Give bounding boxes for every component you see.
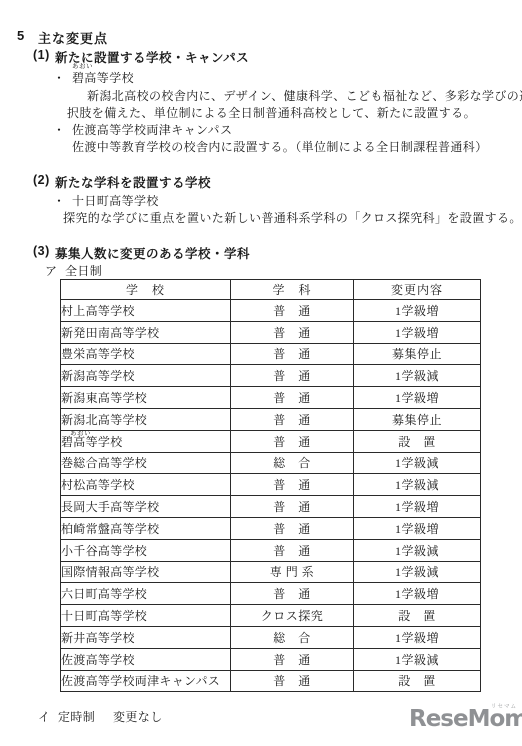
change-cell: 1学級減 — [354, 452, 481, 474]
dept-cell: 普 通 — [231, 670, 354, 692]
dept-cell: 普 通 — [231, 408, 354, 430]
subsection-a-title: 全日制 — [65, 262, 102, 279]
resemom-logo: リセマム ReseMom. — [409, 700, 521, 742]
dept-cell: 普 通 — [231, 517, 354, 539]
subsection-b-note: 変更なし — [113, 708, 163, 725]
table-row: 豊栄高等学校 普 通 募集停止 — [61, 343, 481, 365]
heading-title: 主な変更点 — [38, 28, 108, 47]
section1-item1-body-line2: 択肢を備えた、単位制による全日制普通科高校として、新たに設置する。 — [67, 104, 476, 121]
table-row: 新井高等学校 総 合 1学級増 — [61, 626, 481, 648]
school-cell: 新発田南高等学校 — [61, 321, 231, 343]
change-cell: 1学級減 — [354, 539, 481, 561]
table-row: 新潟高等学校 普 通 1学級減 — [61, 365, 481, 387]
school-name-tokamachi: 十日町高等学校 — [72, 192, 159, 209]
section1-label: (1) — [33, 48, 50, 62]
change-cell: 募集停止 — [354, 343, 481, 365]
bullet-icon: ・ — [53, 121, 65, 138]
change-cell: 1学級増 — [354, 387, 481, 409]
change-cell: 1学級減 — [354, 365, 481, 387]
dept-cell: 普 通 — [231, 321, 354, 343]
school-cell: あおい 碧高等学校 — [61, 430, 231, 452]
school-cell: 長岡大手高等学校 — [61, 496, 231, 518]
school-cell: 村上高等学校 — [61, 300, 231, 322]
school-cell: 村松高等学校 — [61, 474, 231, 496]
resemom-logo-text: ReseMom. — [409, 706, 522, 732]
table-row: 小千谷高等学校 普 通 1学級減 — [61, 539, 481, 561]
school-cell: 柏崎常盤高等学校 — [61, 517, 231, 539]
school-cell: 十日町高等学校 — [61, 605, 231, 627]
subsection-b-label: イ — [38, 708, 50, 725]
change-cell: 設 置 — [354, 430, 481, 452]
aoi-furigana: あおい — [70, 431, 91, 437]
school-cell: 佐渡高等学校両津キャンパス — [61, 670, 231, 692]
bullet-icon: ・ — [53, 192, 65, 209]
dept-cell: 普 通 — [231, 430, 354, 452]
dept-cell: 普 通 — [231, 365, 354, 387]
school-cell: 六日町高等学校 — [61, 583, 231, 605]
change-cell: 1学級減 — [354, 474, 481, 496]
table-row: 佐渡高等学校両津キャンパス 普 通 設 置 — [61, 670, 481, 692]
dept-cell: 普 通 — [231, 583, 354, 605]
table-row: 国際情報高等学校 専 門 系 1学級減 — [61, 561, 481, 583]
change-cell: 設 置 — [354, 605, 481, 627]
section3-title: 募集人数に変更のある学校・学科 — [55, 244, 250, 262]
subsection-b-title: 定時制 — [58, 708, 95, 725]
change-cell: 1学級増 — [354, 300, 481, 322]
school-name-sado-campus: 佐渡高等学校両津キャンパス — [72, 121, 232, 138]
table-row: 新潟東高等学校 普 通 1学級増 — [61, 387, 481, 409]
school-cell: 新潟東高等学校 — [61, 387, 231, 409]
header-school: 学 校 — [61, 280, 231, 300]
section1-item1-body-line1: 新潟北高校の校舎内に、デザイン、健康科学、こども福祉など、多彩な学びの選 — [87, 87, 522, 104]
table-row: 十日町高等学校 クロス探究 設 置 — [61, 605, 481, 627]
change-cell: 1学級減 — [354, 648, 481, 670]
change-cell: 1学級増 — [354, 496, 481, 518]
document-page: 5 主な変更点 (1) 新たに設置する学校・キャンパス あおい ・ 碧高等学校 … — [0, 0, 522, 746]
change-cell: 1学級増 — [354, 626, 481, 648]
change-cell: 募集停止 — [354, 408, 481, 430]
table-row: 村松高等学校 普 通 1学級減 — [61, 474, 481, 496]
section2-title: 新たな学科を設置する学校 — [55, 173, 211, 191]
dept-cell: 総 合 — [231, 452, 354, 474]
schedule-table: 学 校 学 科 変更内容 村上高等学校 普 通 1学級増 新発田南高等学校 普 … — [60, 279, 481, 692]
dept-cell: 普 通 — [231, 648, 354, 670]
section3-label: (3) — [33, 244, 50, 258]
school-name-aoi: 碧高等学校 — [72, 69, 134, 86]
change-cell: 1学級増 — [354, 517, 481, 539]
dept-cell: 普 通 — [231, 496, 354, 518]
dept-cell: 普 通 — [231, 300, 354, 322]
dept-cell: 総 合 — [231, 626, 354, 648]
heading-number: 5 — [17, 28, 25, 43]
school-cell: 小千谷高等学校 — [61, 539, 231, 561]
dept-cell: 普 通 — [231, 474, 354, 496]
table-row: 六日町高等学校 普 通 1学級増 — [61, 583, 481, 605]
table-row: 柏崎常盤高等学校 普 通 1学級増 — [61, 517, 481, 539]
section2-item1-body-line1: 探究的な学びに重点を置いた新しい普通科系学科の「クロス探究科」を設置する。 — [63, 209, 522, 226]
section2-label: (2) — [33, 173, 50, 187]
section1-item2-body-line1: 佐渡中等教育学校の校舎内に設置する。（単位制による全日制課程普通科） — [72, 138, 488, 155]
header-change: 変更内容 — [354, 280, 481, 300]
table-row: 巻総合高等学校 総 合 1学級減 — [61, 452, 481, 474]
table-row: 長岡大手高等学校 普 通 1学級増 — [61, 496, 481, 518]
table-row: 佐渡高等学校 普 通 1学級減 — [61, 648, 481, 670]
subsection-a-label: ア — [45, 262, 57, 279]
school-cell: 豊栄高等学校 — [61, 343, 231, 365]
change-cell: 1学級増 — [354, 321, 481, 343]
dept-cell: 専 門 系 — [231, 561, 354, 583]
table-header-row: 学 校 学 科 変更内容 — [61, 280, 481, 300]
dept-cell: 普 通 — [231, 539, 354, 561]
table-row: 新潟北高等学校 普 通 募集停止 — [61, 408, 481, 430]
school-cell: 新潟高等学校 — [61, 365, 231, 387]
dept-cell: 普 通 — [231, 343, 354, 365]
header-dept: 学 科 — [231, 280, 354, 300]
change-cell: 1学級増 — [354, 583, 481, 605]
school-cell: 佐渡高等学校 — [61, 648, 231, 670]
change-cell: 1学級減 — [354, 561, 481, 583]
dept-cell: 普 通 — [231, 387, 354, 409]
table-row: 新発田南高等学校 普 通 1学級増 — [61, 321, 481, 343]
dept-cell: クロス探究 — [231, 605, 354, 627]
school-cell: 新潟北高等学校 — [61, 408, 231, 430]
table-row-aoi: あおい 碧高等学校 普 通 設 置 — [61, 430, 481, 452]
school-cell: 国際情報高等学校 — [61, 561, 231, 583]
school-cell: 巻総合高等学校 — [61, 452, 231, 474]
change-cell: 設 置 — [354, 670, 481, 692]
table-row: 村上高等学校 普 通 1学級増 — [61, 300, 481, 322]
school-cell: 新井高等学校 — [61, 626, 231, 648]
bullet-icon: ・ — [53, 69, 65, 86]
